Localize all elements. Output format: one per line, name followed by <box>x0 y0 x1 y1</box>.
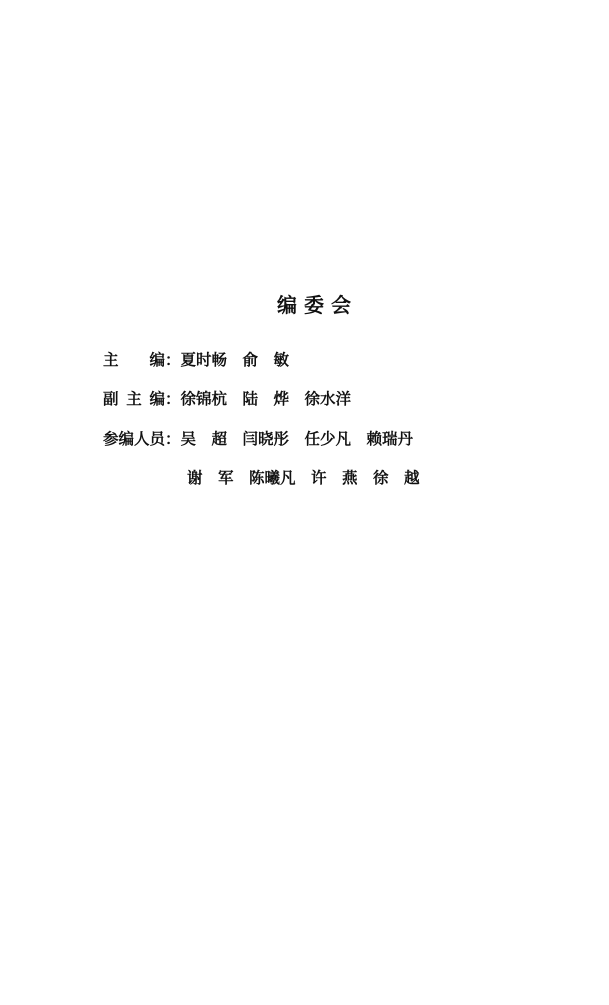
committee-row-contributors: 参编人员：吴 超 闫晓彤 任少凡 赖瑞丹 <box>103 431 413 449</box>
role-colon: ： <box>165 391 181 408</box>
role-colon: ： <box>165 352 181 369</box>
member-names: 夏时畅 俞 敏 <box>181 352 290 369</box>
role-colon: ： <box>165 431 181 448</box>
book-page: 编委会 主编：夏时畅 俞 敏 副主编：徐锦杭 陆 烨 徐水洋 参编人员：吴 超 … <box>0 0 609 1005</box>
role-label: 参编人员 <box>103 431 165 449</box>
member-names: 吴 超 闫晓彤 任少凡 赖瑞丹 <box>181 431 414 448</box>
role-label: 主编 <box>103 352 165 370</box>
member-names: 谢 军 陈曦凡 许 燕 徐 越 <box>187 470 420 487</box>
editorial-committee-title: 编委会 <box>277 295 358 317</box>
role-label: 副主编 <box>103 391 165 409</box>
committee-row-contributors-continued: 谢 军 陈曦凡 许 燕 徐 越 <box>187 470 420 488</box>
member-names: 徐锦杭 陆 烨 徐水洋 <box>181 391 352 408</box>
committee-row-deputy-chief-editor: 副主编：徐锦杭 陆 烨 徐水洋 <box>103 391 351 409</box>
committee-row-chief-editor: 主编：夏时畅 俞 敏 <box>103 352 289 370</box>
